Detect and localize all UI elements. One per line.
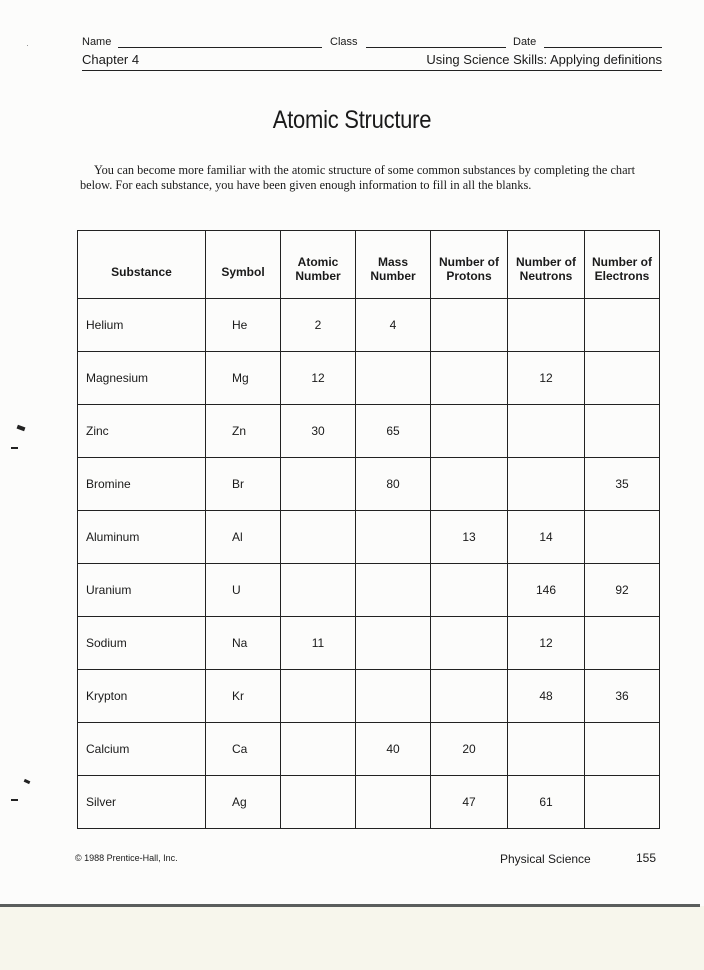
cell-mass-number[interactable] bbox=[356, 352, 431, 405]
date-label: Date bbox=[513, 36, 536, 48]
cell-substance: Calcium bbox=[78, 723, 206, 776]
date-blank[interactable] bbox=[544, 47, 662, 48]
margin-mark-dash bbox=[11, 447, 18, 449]
col-header-protons: Number of Protons bbox=[431, 231, 508, 299]
cell-substance: Sodium bbox=[78, 617, 206, 670]
col-header-substance: Substance bbox=[78, 231, 206, 299]
skill-label: Using Science Skills: Applying definitio… bbox=[426, 52, 662, 67]
book-title: Physical Science bbox=[500, 852, 591, 866]
name-blank[interactable] bbox=[118, 47, 322, 48]
cell-symbol: He bbox=[206, 299, 281, 352]
cell-neutrons: 14 bbox=[508, 511, 585, 564]
cell-neutrons: 12 bbox=[508, 352, 585, 405]
instructions: You can become more familiar with the at… bbox=[80, 163, 662, 192]
table-row: KryptonKr4836 bbox=[78, 670, 660, 723]
cell-electrons[interactable] bbox=[585, 299, 660, 352]
cell-mass-number: 80 bbox=[356, 458, 431, 511]
cell-symbol: U bbox=[206, 564, 281, 617]
cell-atomic-number[interactable] bbox=[281, 511, 356, 564]
page-title: Atomic Structure bbox=[42, 106, 662, 135]
cell-substance: Aluminum bbox=[78, 511, 206, 564]
cell-protons: 20 bbox=[431, 723, 508, 776]
class-blank[interactable] bbox=[366, 47, 506, 48]
cell-protons: 47 bbox=[431, 776, 508, 829]
cell-electrons[interactable] bbox=[585, 776, 660, 829]
cell-symbol: Na bbox=[206, 617, 281, 670]
cell-neutrons[interactable] bbox=[508, 299, 585, 352]
cell-mass-number[interactable] bbox=[356, 564, 431, 617]
cell-symbol: Al bbox=[206, 511, 281, 564]
cell-atomic-number[interactable] bbox=[281, 458, 356, 511]
cell-atomic-number[interactable] bbox=[281, 670, 356, 723]
table-row: SodiumNa1112 bbox=[78, 617, 660, 670]
table-row: BromineBr8035 bbox=[78, 458, 660, 511]
cell-electrons: 36 bbox=[585, 670, 660, 723]
cell-symbol: Mg bbox=[206, 352, 281, 405]
cell-protons[interactable] bbox=[431, 617, 508, 670]
cell-mass-number[interactable] bbox=[356, 617, 431, 670]
scan-background bbox=[0, 906, 704, 970]
name-label: Name bbox=[82, 36, 111, 48]
col-header-electrons: Number of Electrons bbox=[585, 231, 660, 299]
cell-electrons[interactable] bbox=[585, 723, 660, 776]
cell-protons[interactable] bbox=[431, 564, 508, 617]
table-row: AluminumAl1314 bbox=[78, 511, 660, 564]
cell-protons[interactable] bbox=[431, 299, 508, 352]
cell-neutrons: 146 bbox=[508, 564, 585, 617]
cell-electrons[interactable] bbox=[585, 617, 660, 670]
student-info-line: Name Class Date bbox=[82, 34, 662, 50]
cell-neutrons[interactable] bbox=[508, 723, 585, 776]
col-header-atomic-number: Atomic Number bbox=[281, 231, 356, 299]
table-row: CalciumCa4020 bbox=[78, 723, 660, 776]
chapter-label: Chapter 4 bbox=[82, 52, 139, 67]
cell-symbol: Kr bbox=[206, 670, 281, 723]
cell-symbol: Zn bbox=[206, 405, 281, 458]
table-row: ZincZn3065 bbox=[78, 405, 660, 458]
cell-electrons: 35 bbox=[585, 458, 660, 511]
cell-neutrons: 12 bbox=[508, 617, 585, 670]
cell-protons: 13 bbox=[431, 511, 508, 564]
table-row: SilverAg4761 bbox=[78, 776, 660, 829]
cell-symbol: Ca bbox=[206, 723, 281, 776]
table-row: HeliumHe24 bbox=[78, 299, 660, 352]
cell-electrons: 92 bbox=[585, 564, 660, 617]
cell-neutrons[interactable] bbox=[508, 405, 585, 458]
cell-neutrons: 61 bbox=[508, 776, 585, 829]
cell-symbol: Br bbox=[206, 458, 281, 511]
cell-substance: Zinc bbox=[78, 405, 206, 458]
chapter-line: Chapter 4 Using Science Skills: Applying… bbox=[82, 52, 662, 70]
cell-substance: Silver bbox=[78, 776, 206, 829]
cell-protons[interactable] bbox=[431, 458, 508, 511]
cell-symbol: Ag bbox=[206, 776, 281, 829]
col-header-neutrons: Number of Neutrons bbox=[508, 231, 585, 299]
cell-electrons[interactable] bbox=[585, 352, 660, 405]
cell-mass-number: 4 bbox=[356, 299, 431, 352]
cell-protons[interactable] bbox=[431, 352, 508, 405]
cell-mass-number[interactable] bbox=[356, 511, 431, 564]
table-header-row: Substance Symbol Atomic Number Mass Numb… bbox=[78, 231, 660, 299]
atomic-structure-table: Substance Symbol Atomic Number Mass Numb… bbox=[77, 230, 660, 829]
cell-atomic-number[interactable] bbox=[281, 564, 356, 617]
cell-atomic-number: 2 bbox=[281, 299, 356, 352]
cell-electrons[interactable] bbox=[585, 405, 660, 458]
table-row: MagnesiumMg1212 bbox=[78, 352, 660, 405]
cell-mass-number: 40 bbox=[356, 723, 431, 776]
col-header-mass-number: Mass Number bbox=[356, 231, 431, 299]
cell-atomic-number: 11 bbox=[281, 617, 356, 670]
cell-neutrons[interactable] bbox=[508, 458, 585, 511]
margin-mark-dash bbox=[11, 799, 18, 801]
page-bottom-edge bbox=[0, 904, 700, 907]
cell-protons[interactable] bbox=[431, 670, 508, 723]
cell-substance: Bromine bbox=[78, 458, 206, 511]
cell-substance: Helium bbox=[78, 299, 206, 352]
table-row: UraniumU14692 bbox=[78, 564, 660, 617]
page-number: 155 bbox=[636, 851, 656, 865]
cell-mass-number[interactable] bbox=[356, 670, 431, 723]
cell-substance: Magnesium bbox=[78, 352, 206, 405]
header-rule bbox=[82, 70, 662, 71]
cell-neutrons: 48 bbox=[508, 670, 585, 723]
cell-atomic-number[interactable] bbox=[281, 776, 356, 829]
cell-atomic-number: 30 bbox=[281, 405, 356, 458]
col-header-symbol: Symbol bbox=[206, 231, 281, 299]
cell-electrons[interactable] bbox=[585, 511, 660, 564]
copyright: © 1988 Prentice-Hall, Inc. bbox=[75, 853, 178, 863]
scan-speck: · bbox=[26, 40, 29, 50]
cell-substance: Krypton bbox=[78, 670, 206, 723]
cell-protons[interactable] bbox=[431, 405, 508, 458]
cell-atomic-number: 12 bbox=[281, 352, 356, 405]
cell-atomic-number[interactable] bbox=[281, 723, 356, 776]
class-label: Class bbox=[330, 36, 358, 48]
cell-mass-number: 65 bbox=[356, 405, 431, 458]
cell-mass-number[interactable] bbox=[356, 776, 431, 829]
cell-substance: Uranium bbox=[78, 564, 206, 617]
